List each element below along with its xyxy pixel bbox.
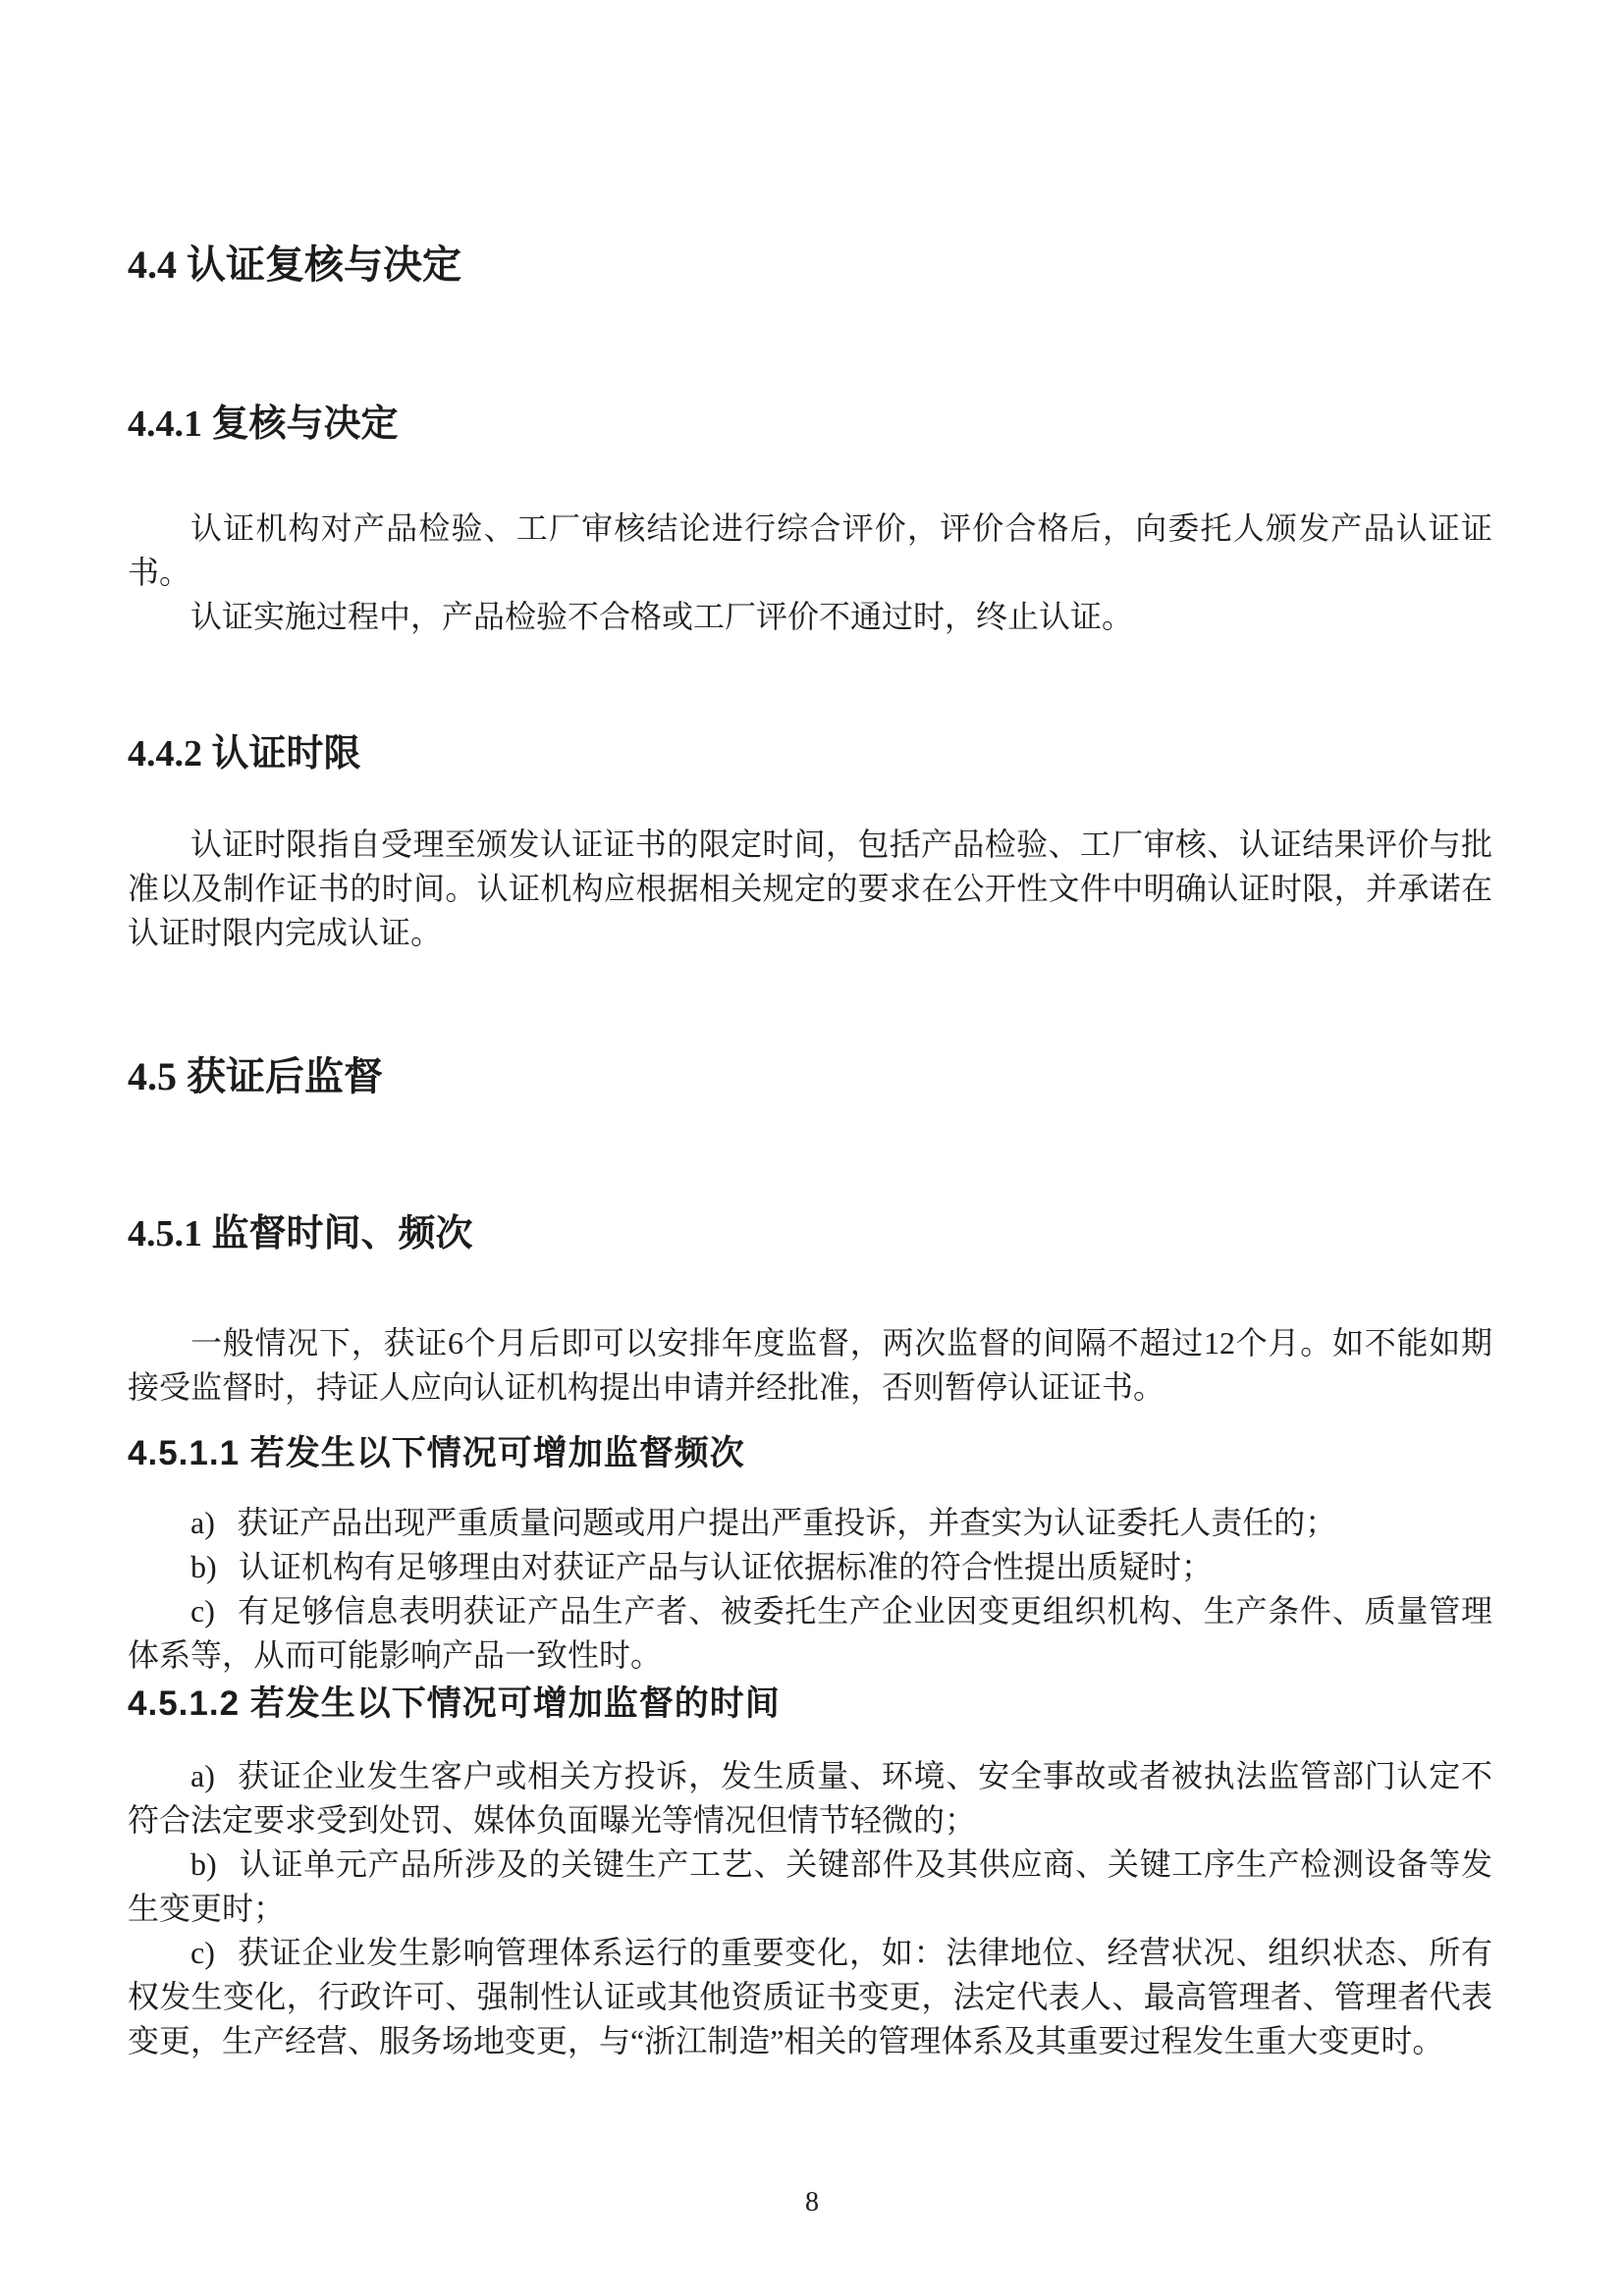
list-4-5-1-1: a)获证产品出现严重质量问题或用户提出严重投诉，并查实为认证委托人责任的； b)… xyxy=(128,1501,1492,1678)
list-item-text: 认证单元产品所涉及的关键生产工艺、关键部件及其供应商、关键工序生产检测设备等发生… xyxy=(128,1846,1492,1926)
document-page: 4.4 认证复核与决定 4.4.1 复核与决定 认证机构对产品检验、工厂审核结论… xyxy=(0,0,1624,2296)
section-heading-4-5: 4.5 获证后监督 xyxy=(128,1055,1492,1098)
list-item-c: c)有足够信息表明获证产品生产者、被委托生产企业因变更组织机构、生产条件、质量管… xyxy=(128,1589,1492,1678)
list-item-c: c)获证企业发生影响管理体系运行的重要变化，如：法律地位、经营状况、组织状态、所… xyxy=(128,1931,1492,2063)
section-heading-4-5-1-2: 4.5.1.2 若发生以下情况可增加监督的时间 xyxy=(128,1685,1492,1724)
paragraph-4-4-2: 认证时限指自受理至颁发认证证书的限定时间，包括产品检验、工厂审核、认证结果评价与… xyxy=(128,823,1492,955)
list-item-a: a)获证产品出现严重质量问题或用户提出严重投诉，并查实为认证委托人责任的； xyxy=(128,1501,1492,1545)
section-heading-4-5-1: 4.5.1 监督时间、频次 xyxy=(128,1214,1492,1255)
page-number: 8 xyxy=(0,2187,1624,2218)
list-item-marker: c) xyxy=(190,1593,215,1629)
list-item-marker: a) xyxy=(190,1505,215,1540)
list-item-marker: b) xyxy=(190,1846,217,1882)
list-item-text: 认证机构有足够理由对获证产品与认证依据标准的符合性提出质疑时； xyxy=(239,1549,1213,1584)
section-heading-4-5-1-1: 4.5.1.1 若发生以下情况可增加监督频次 xyxy=(128,1435,1492,1473)
list-item-marker: c) xyxy=(190,1935,215,1970)
list-item-text: 获证企业发生影响管理体系运行的重要变化，如：法律地位、经营状况、组织状态、所有权… xyxy=(128,1935,1492,2058)
list-item-marker: b) xyxy=(190,1549,217,1584)
list-item-b: b)认证机构有足够理由对获证产品与认证依据标准的符合性提出质疑时； xyxy=(128,1545,1492,1589)
paragraph-4-5-1: 一般情况下，获证6个月后即可以安排年度监督，两次监督的间隔不超过12个月。如不能… xyxy=(128,1321,1492,1410)
list-item-text: 获证产品出现严重质量问题或用户提出严重投诉，并查实为认证委托人责任的； xyxy=(237,1505,1336,1540)
section-heading-4-4: 4.4 认证复核与决定 xyxy=(128,243,1492,287)
list-item-b: b)认证单元产品所涉及的关键生产工艺、关键部件及其供应商、关键工序生产检测设备等… xyxy=(128,1842,1492,1931)
list-item-text: 有足够信息表明获证产品生产者、被委托生产企业因变更组织机构、生产条件、质量管理体… xyxy=(128,1593,1492,1673)
paragraph-4-4-1-line-2: 认证实施过程中，产品检验不合格或工厂评价不通过时，终止认证。 xyxy=(128,595,1492,639)
list-4-5-1-2: a)获证企业发生客户或相关方投诉，发生质量、环境、安全事故或者被执法监管部门认定… xyxy=(128,1754,1492,2063)
paragraph-4-4-1-line-1: 认证机构对产品检验、工厂审核结论进行综合评价，评价合格后，向委托人颁发产品认证证… xyxy=(128,507,1492,595)
list-item-text: 获证企业发生客户或相关方投诉，发生质量、环境、安全事故或者被执法监管部门认定不符… xyxy=(128,1758,1492,1838)
section-heading-4-4-2: 4.4.2 认证时限 xyxy=(128,734,1492,775)
document-content: 4.4 认证复核与决定 4.4.1 复核与决定 认证机构对产品检验、工厂审核结论… xyxy=(128,0,1492,2063)
list-item-marker: a) xyxy=(190,1758,215,1793)
list-item-a: a)获证企业发生客户或相关方投诉，发生质量、环境、安全事故或者被执法监管部门认定… xyxy=(128,1754,1492,1842)
section-heading-4-4-1: 4.4.1 复核与决定 xyxy=(128,404,1492,446)
